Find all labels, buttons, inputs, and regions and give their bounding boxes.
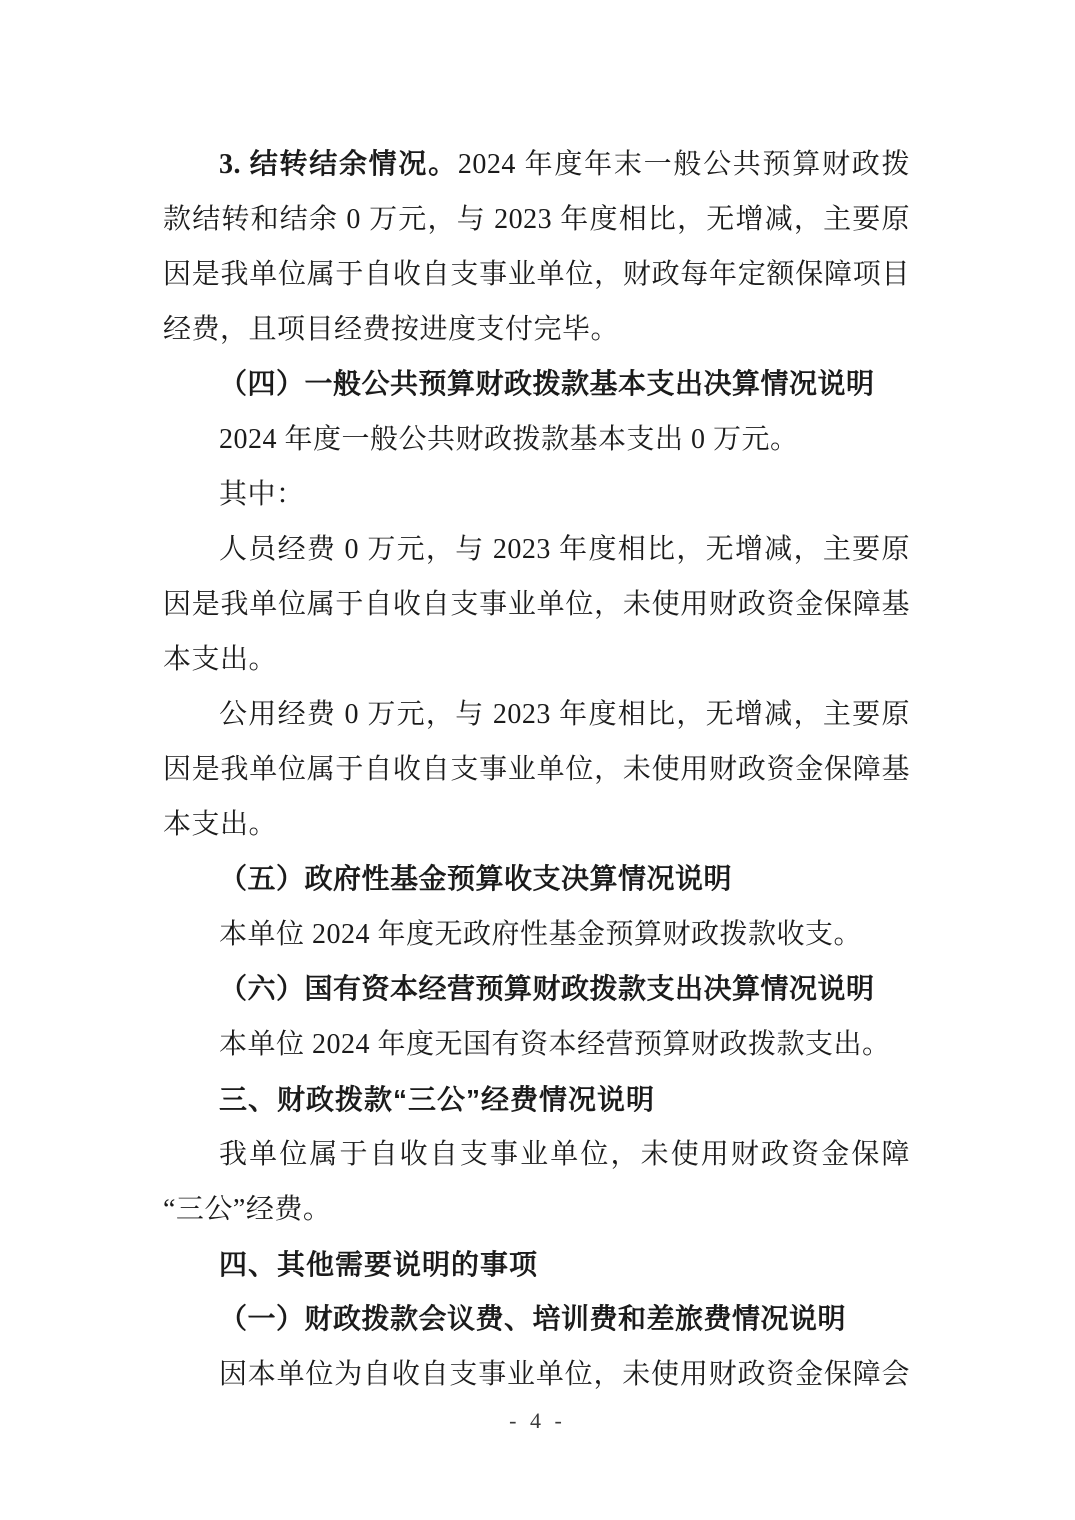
paragraph: 我单位属于自收自支事业单位，未使用财政资金保障“三公”经费。 xyxy=(163,1127,910,1237)
text-line: 因本单位为自收自支事业单位，未使用财政资金保障会 xyxy=(163,1347,910,1402)
text-line: 2024 年度一般公共财政拨款基本支出 0 万元。 xyxy=(163,412,910,467)
text-line: （五）政府性基金预算收支决算情况说明 xyxy=(163,852,910,907)
text-line: “三公”经费。 xyxy=(163,1182,910,1237)
text-line: 本支出。 xyxy=(163,632,910,687)
text-line: 因是我单位属于自收自支事业单位，财政每年定额保障项目 xyxy=(163,247,910,302)
paragraph: 人员经费 0 万元，与 2023 年度相比，无增减，主要原因是我单位属于自收自支… xyxy=(163,522,910,687)
text-line: 其中： xyxy=(163,467,910,522)
section-heading: 三、财政拨款“三公”经费情况说明 xyxy=(163,1072,910,1127)
page-number: - 4 - xyxy=(0,1405,1075,1437)
text-line: 我单位属于自收自支事业单位，未使用财政资金保障 xyxy=(163,1127,910,1182)
paragraph: 2024 年度一般公共财政拨款基本支出 0 万元。 xyxy=(163,412,910,467)
text-line: 3. 结转结余情况。2024 年度年末一般公共预算财政拨 xyxy=(163,137,910,192)
text-line: 本单位 2024 年度无政府性基金预算财政拨款收支。 xyxy=(163,907,910,962)
paragraph: 3. 结转结余情况。2024 年度年末一般公共预算财政拨款结转和结余 0 万元，… xyxy=(163,137,910,357)
text-line: （四）一般公共预算财政拨款基本支出决算情况说明 xyxy=(163,357,910,412)
section-heading: 四、其他需要说明的事项 xyxy=(163,1237,910,1292)
paragraph: 公用经费 0 万元，与 2023 年度相比，无增减，主要原因是我单位属于自收自支… xyxy=(163,687,910,852)
sub-heading: （四）一般公共预算财政拨款基本支出决算情况说明 xyxy=(163,357,910,412)
text-line: （一）财政拨款会议费、培训费和差旅费情况说明 xyxy=(163,1292,910,1347)
text-line: 本单位 2024 年度无国有资本经营预算财政拨款支出。 xyxy=(163,1017,910,1072)
sub-heading: （一）财政拨款会议费、培训费和差旅费情况说明 xyxy=(163,1292,910,1347)
text-line: 因是我单位属于自收自支事业单位，未使用财政资金保障基 xyxy=(163,577,910,632)
text-line: 款结转和结余 0 万元，与 2023 年度相比，无增减，主要原 xyxy=(163,192,910,247)
paragraph: 本单位 2024 年度无国有资本经营预算财政拨款支出。 xyxy=(163,1017,910,1072)
paragraph: 其中： xyxy=(163,467,910,522)
text-line: 经费，且项目经费按进度支付完毕。 xyxy=(163,302,910,357)
sub-heading: （六）国有资本经营预算财政拨款支出决算情况说明 xyxy=(163,962,910,1017)
paragraph: 因本单位为自收自支事业单位，未使用财政资金保障会 xyxy=(163,1347,910,1402)
text-line: 本支出。 xyxy=(163,797,910,852)
text-line: （六）国有资本经营预算财政拨款支出决算情况说明 xyxy=(163,962,910,1017)
bold-run: 3. 结转结余情况。 xyxy=(219,149,458,180)
text-line: 公用经费 0 万元，与 2023 年度相比，无增减，主要原 xyxy=(163,687,910,742)
text-line: 三、财政拨款“三公”经费情况说明 xyxy=(163,1072,910,1127)
document-page: 3. 结转结余情况。2024 年度年末一般公共预算财政拨款结转和结余 0 万元，… xyxy=(0,0,1075,1520)
text-line: 四、其他需要说明的事项 xyxy=(163,1237,910,1292)
sub-heading: （五）政府性基金预算收支决算情况说明 xyxy=(163,852,910,907)
text-line: 因是我单位属于自收自支事业单位，未使用财政资金保障基 xyxy=(163,742,910,797)
text-line: 人员经费 0 万元，与 2023 年度相比，无增减，主要原 xyxy=(163,522,910,577)
document-body: 3. 结转结余情况。2024 年度年末一般公共预算财政拨款结转和结余 0 万元，… xyxy=(163,137,910,1402)
paragraph: 本单位 2024 年度无政府性基金预算财政拨款收支。 xyxy=(163,907,910,962)
